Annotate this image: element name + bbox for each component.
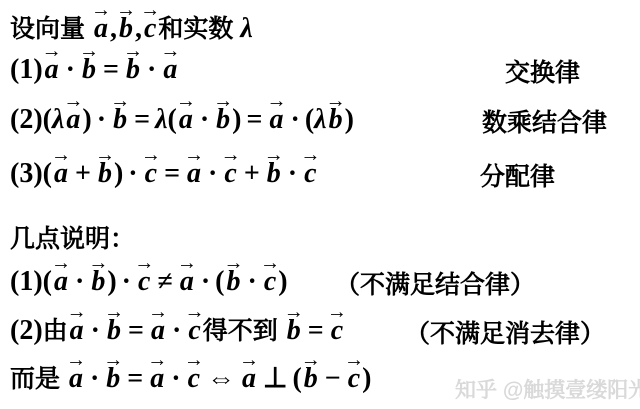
- vector-c: →c: [136, 255, 152, 297]
- vector-c: →c: [329, 304, 345, 346]
- vector-arrow-icon: →: [300, 145, 320, 165]
- vector-arrow-icon: →: [95, 145, 115, 165]
- vector-a: →a: [92, 2, 110, 44]
- vector-b: →b: [111, 93, 129, 135]
- vector-c: →c: [346, 352, 362, 394]
- operator: ≠: [157, 266, 172, 297]
- operator: ·: [147, 54, 156, 85]
- vector-arrow-icon: →: [79, 41, 99, 61]
- vector-a: →a: [148, 352, 166, 394]
- operator: ⇔: [207, 363, 235, 394]
- vector-arrow-icon: →: [260, 253, 280, 273]
- formula-line-intro: 设向量 →a,→b,→c和实数 λ: [10, 2, 640, 44]
- chinese-text: 和实数: [158, 15, 240, 43]
- vector-arrow-icon: →: [148, 302, 168, 322]
- operator: ⊥: [263, 363, 287, 394]
- operator: +: [75, 158, 91, 189]
- vector-c: →c: [142, 2, 158, 44]
- vector-a: →a: [178, 255, 196, 297]
- chinese-text: 得不到: [203, 317, 285, 345]
- operator: ·: [66, 54, 75, 85]
- vector-a: →a: [52, 255, 70, 297]
- plain-text: (: [305, 104, 314, 135]
- vector-b: →b: [302, 352, 320, 394]
- operator: ·: [288, 158, 297, 189]
- operator: ·: [90, 363, 99, 394]
- formula-line-law-scalar-assoc: (2)(λ→a)·→b=λ(→a·→b)=→a·(λ→b)数乘结合律: [10, 93, 640, 135]
- vector-a: →a: [67, 352, 85, 394]
- vector-arrow-icon: →: [239, 350, 259, 370]
- chinese-text: 而是: [10, 365, 67, 393]
- operator: ·: [91, 315, 100, 346]
- vector-arrow-icon: →: [160, 41, 180, 61]
- vector-arrow-icon: →: [110, 91, 130, 111]
- line-tag-note-no-assoc: （不满足结合律）: [335, 270, 535, 300]
- vector-c: →c: [186, 304, 202, 346]
- vector-b: →b: [285, 304, 303, 346]
- vector-arrow-icon: →: [104, 302, 124, 322]
- vector-arrow-icon: →: [177, 253, 197, 273]
- vector-arrow-icon: →: [123, 41, 143, 61]
- vector-arrow-icon: →: [266, 91, 286, 111]
- vector-b: →b: [105, 304, 123, 346]
- chinese-text: 几点说明：: [10, 225, 135, 253]
- operator: ·: [247, 266, 256, 297]
- vector-arrow-icon: →: [66, 350, 86, 370]
- vector-b: →b: [104, 352, 122, 394]
- scalar-lambda: λ: [155, 104, 167, 135]
- vector-arrow-icon: →: [185, 302, 205, 322]
- vector-arrow-icon: →: [91, 0, 111, 20]
- plain-text: ): [107, 266, 116, 297]
- vector-arrow-icon: →: [213, 91, 233, 111]
- vector-a: →a: [267, 93, 285, 135]
- formula-line-note-no-assoc: (1)(→a·→b)·→c≠→a·(→b·→c)（不满足结合律）: [10, 255, 640, 297]
- vector-b: →b: [96, 147, 114, 189]
- vector-arrow-icon: →: [103, 350, 123, 370]
- operator: =: [103, 54, 119, 85]
- operator: ·: [172, 315, 181, 346]
- vector-arrow-icon: →: [116, 0, 136, 20]
- chinese-text: 设向量: [10, 15, 92, 43]
- vector-c: →c: [143, 147, 159, 189]
- vector-a: →a: [68, 304, 86, 346]
- line-tag-law-commutative: 交换律: [505, 58, 580, 88]
- operator: ·: [122, 266, 131, 297]
- operator: =: [247, 104, 263, 135]
- formula-line-law-commutative: (1)→a·→b=→b·→a交换律: [10, 43, 640, 85]
- vector-a: →a: [161, 43, 179, 85]
- plain-text: (2)(: [10, 104, 52, 135]
- vector-b: →b: [214, 93, 232, 135]
- chinese-text: 由: [43, 317, 68, 345]
- vector-arrow-icon: →: [140, 0, 160, 20]
- vector-arrow-icon: →: [284, 302, 304, 322]
- line-tag-law-distributive: 分配律: [480, 162, 555, 192]
- vector-arrow-icon: →: [67, 302, 87, 322]
- plain-text: ): [82, 104, 91, 135]
- vector-arrow-icon: →: [42, 41, 62, 61]
- vector-arrow-icon: →: [327, 302, 347, 322]
- vector-arrow-icon: →: [264, 145, 284, 165]
- operator: =: [308, 315, 324, 346]
- vector-arrow-icon: →: [223, 253, 243, 273]
- scalar-lambda: λ: [240, 13, 252, 44]
- plain-text: (3)(: [10, 158, 52, 189]
- formula-line-notes-heading: 几点说明：: [10, 224, 640, 255]
- math-notes-page: 设向量 →a,→b,→c和实数 λ(1)→a·→b=→b·→a交换律(2)(λ→…: [0, 0, 640, 409]
- vector-arrow-icon: →: [344, 350, 364, 370]
- vector-b: →b: [224, 255, 242, 297]
- operator: =: [164, 158, 180, 189]
- vector-arrow-icon: →: [141, 145, 161, 165]
- operator: ·: [171, 363, 180, 394]
- vector-a: →a: [149, 304, 167, 346]
- operator: ·: [201, 266, 210, 297]
- operator: ·: [290, 104, 299, 135]
- plain-text: ): [345, 104, 354, 135]
- plain-text: (1)(: [10, 266, 52, 297]
- vector-arrow-icon: →: [147, 350, 167, 370]
- formula-line-law-distributive: (3)(→a+→b)·→c=→a·→c+→b·→c分配律: [10, 147, 640, 189]
- vector-b: →b: [80, 43, 98, 85]
- vector-arrow-icon: →: [184, 350, 204, 370]
- formula-line-note-no-cancel: (2)由→a·→b=→a·→c得不到 →b=→c（不满足消去律）: [10, 304, 640, 346]
- operator: =: [128, 315, 144, 346]
- operator: −: [325, 363, 341, 394]
- operator: ·: [208, 158, 217, 189]
- vector-a: →a: [64, 93, 82, 135]
- operator: ·: [75, 266, 84, 297]
- vector-arrow-icon: →: [63, 91, 83, 111]
- vector-arrow-icon: →: [51, 145, 71, 165]
- vector-b: →b: [89, 255, 107, 297]
- plain-text: (2): [10, 315, 43, 346]
- vector-arrow-icon: →: [88, 253, 108, 273]
- vector-arrow-icon: →: [176, 91, 196, 111]
- vector-b: →b: [117, 2, 135, 44]
- vector-c: →c: [186, 352, 202, 394]
- plain-text: (1): [10, 54, 43, 85]
- vector-b: →b: [265, 147, 283, 189]
- watermark-text: 知乎 @触摸壹缕阳光: [455, 379, 640, 402]
- operator: ·: [128, 158, 137, 189]
- vector-arrow-icon: →: [51, 253, 71, 273]
- vector-b: →b: [124, 43, 142, 85]
- vector-a: →a: [177, 93, 195, 135]
- vector-arrow-icon: →: [326, 91, 346, 111]
- vector-arrow-icon: →: [221, 145, 241, 165]
- vector-a: →a: [43, 43, 61, 85]
- vector-arrow-icon: →: [184, 145, 204, 165]
- operator: =: [134, 104, 150, 135]
- vector-a: →a: [52, 147, 70, 189]
- operator: ·: [97, 104, 106, 135]
- plain-text: ): [114, 158, 123, 189]
- watermark: 知乎 @触摸壹缕阳光: [455, 374, 640, 404]
- vector-c: →c: [222, 147, 238, 189]
- plain-text: ): [232, 104, 241, 135]
- operator: +: [244, 158, 260, 189]
- operator: ·: [200, 104, 209, 135]
- vector-a: →a: [240, 352, 258, 394]
- vector-arrow-icon: →: [301, 350, 321, 370]
- line-tag-note-no-cancel: （不满足消去律）: [405, 319, 605, 349]
- vector-b: →b: [327, 93, 345, 135]
- vector-arrow-icon: →: [134, 253, 154, 273]
- vector-a: →a: [185, 147, 203, 189]
- vector-c: →c: [262, 255, 278, 297]
- vector-c: →c: [302, 147, 318, 189]
- operator: =: [127, 363, 143, 394]
- line-tag-law-scalar-assoc: 数乘结合律: [482, 108, 607, 138]
